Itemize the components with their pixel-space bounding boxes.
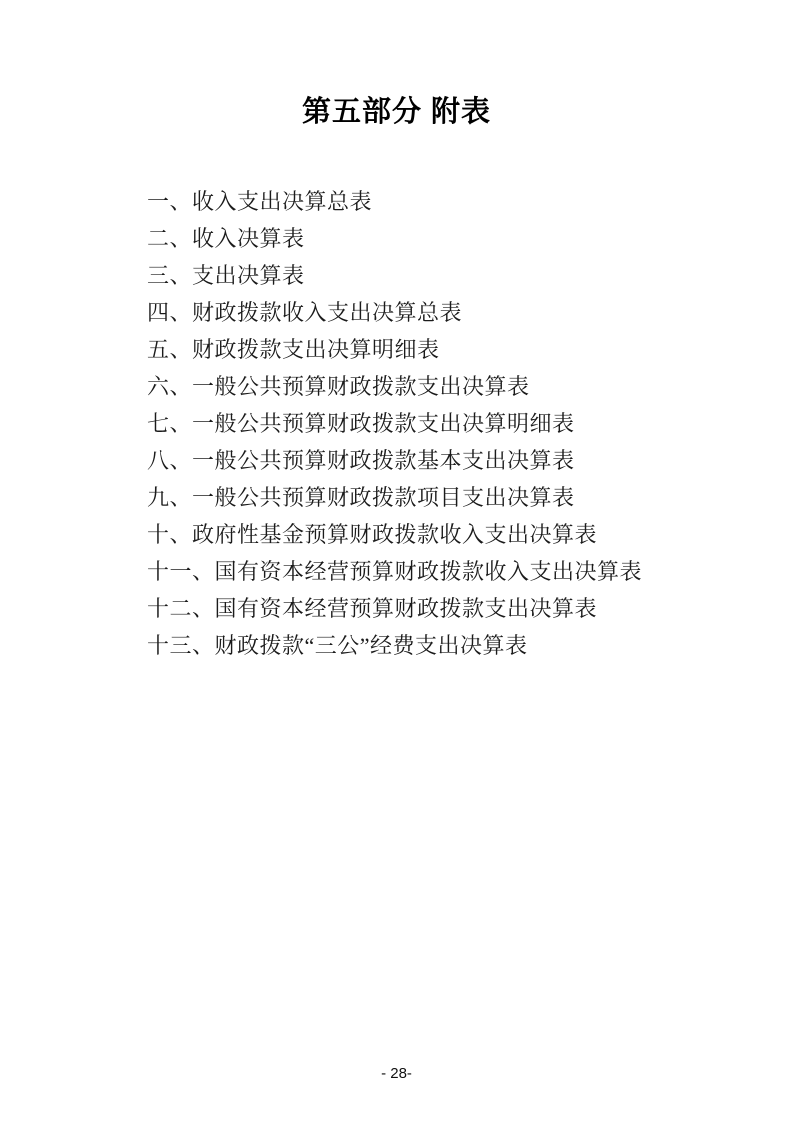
list-item-10: 十、政府性基金预算财政拨款收入支出决算表: [147, 516, 733, 553]
document-page: 第五部分 附表 一、收入支出决算总表 二、收入决算表 三、支出决算表 四、财政拨…: [0, 0, 793, 1122]
list-item-8: 八、一般公共预算财政拨款基本支出决算表: [147, 442, 733, 479]
attached-tables-list: 一、收入支出决算总表 二、收入决算表 三、支出决算表 四、财政拨款收入支出决算总…: [147, 183, 733, 664]
list-item-6: 六、一般公共预算财政拨款支出决算表: [147, 368, 733, 405]
list-item-13: 十三、财政拨款“三公”经费支出决算表: [147, 627, 733, 664]
list-item-1: 一、收入支出决算总表: [147, 183, 733, 220]
list-item-11: 十一、国有资本经营预算财政拨款收入支出决算表: [147, 553, 733, 590]
page-footer: - 28-: [0, 1064, 793, 1084]
page-title: 第五部分 附表: [0, 94, 793, 130]
list-item-2: 二、收入决算表: [147, 220, 733, 257]
list-item-5: 五、财政拨款支出决算明细表: [147, 331, 733, 368]
page-number: - 28-: [381, 1065, 412, 1082]
list-item-4: 四、财政拨款收入支出决算总表: [147, 294, 733, 331]
list-item-12: 十二、国有资本经营预算财政拨款支出决算表: [147, 590, 733, 627]
list-item-9: 九、一般公共预算财政拨款项目支出决算表: [147, 479, 733, 516]
list-item-3: 三、支出决算表: [147, 257, 733, 294]
list-item-7: 七、一般公共预算财政拨款支出决算明细表: [147, 405, 733, 442]
